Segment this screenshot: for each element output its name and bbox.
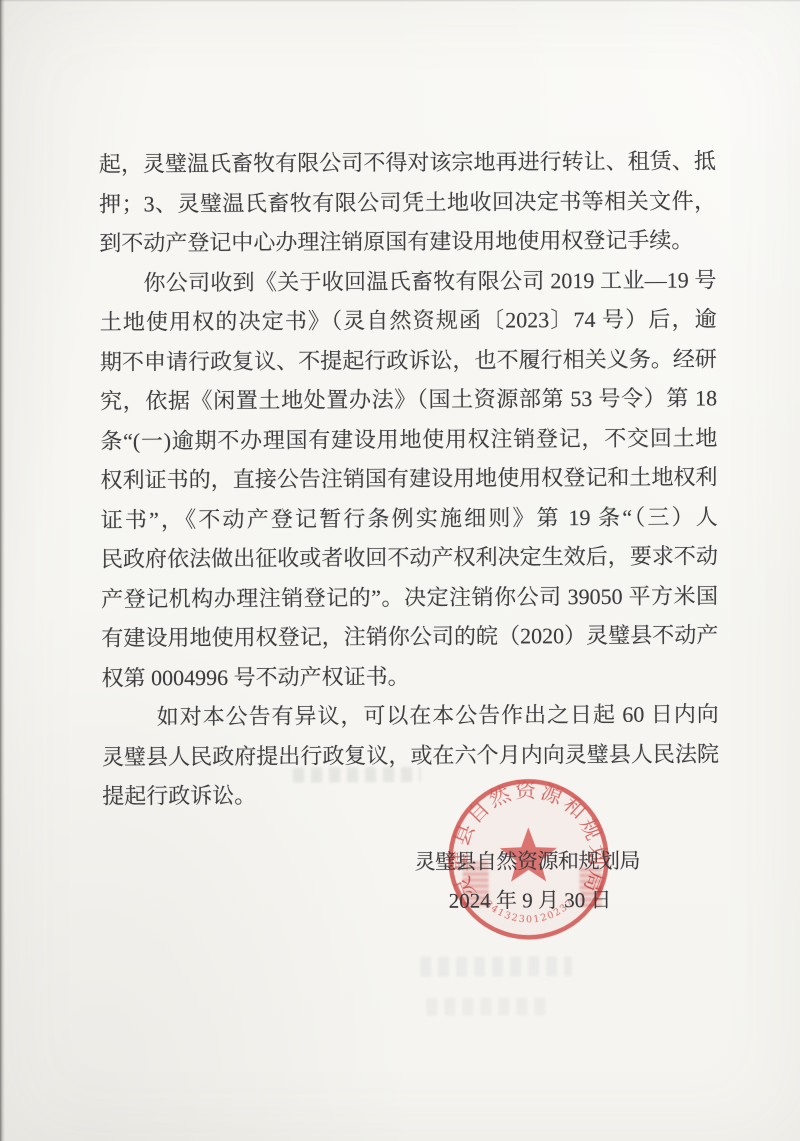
text-line: 到不动产登记中心办理注销原国有建设用地使用权登记手续。 [99,220,716,263]
text-line: 土地使用权的决定书》（灵自然资规函〔2023〕74 号）后，逾 [100,299,717,342]
text-line: 究，依据《闲置土地处置办法》（国土资源部第 53 号令）第 18 [100,378,717,421]
signature-date: 2024 年 9 月 30 日 [449,887,612,914]
bleedthrough-mark [426,997,548,1016]
body-text: 起，灵璧温氏畜牧有限公司不得对该宗地再进行转让、租赁、抵押；3、灵璧温氏畜牧有限… [99,141,720,816]
text-line: 证书”，《不动产登记暂行条例实施细则》第 19 条“（三）人 [101,497,718,540]
signature-agency: 灵璧县自然资源和规划局 [414,848,642,875]
text-line: 权利证书的，直接公告注销国有建设用地使用权登记和土地权利 [100,457,717,500]
text-line: 权第 0004996 号不动产权证书。 [101,655,718,698]
text-line: 你公司收到《关于收回温氏畜牧有限公司 2019 工业—19 号 [99,260,716,303]
scanned-document-page: 起，灵璧温氏畜牧有限公司不得对该宗地再进行转让、租赁、抵押；3、灵璧温氏畜牧有限… [0,0,800,1141]
text-line: 起，灵璧温氏畜牧有限公司不得对该宗地再进行转让、租赁、抵 [99,141,716,184]
text-line: 有建设用地使用权登记，注销你公司的皖（2020）灵璧县不动产 [101,615,718,658]
text-line: 如对本公告有异议，可以在本公告作出之日起 60 日内向 [102,694,719,737]
document-content: 起，灵璧温氏畜牧有限公司不得对该宗地再进行转让、租赁、抵押；3、灵璧温氏畜牧有限… [0,0,800,1141]
text-line: 产登记机构办理注销登记的”。决定注销你公司 39050 平方米国 [101,576,718,619]
bleedthrough-mark [420,956,572,977]
text-line: 期不申请行政复议、不提起行政诉讼，也不履行相关义务。经研 [100,339,717,382]
text-line: 条“(一)逾期不办理国有建设用地使用权注销登记，不交回土地 [100,418,717,461]
text-line: 押；3、灵璧温氏畜牧有限公司凭土地收回决定书等相关文件， [99,181,716,224]
text-line: 民政府依法做出征收或者收回不动产权利决定生效后，要求不动 [101,536,718,579]
bleedthrough-mark [293,767,421,783]
